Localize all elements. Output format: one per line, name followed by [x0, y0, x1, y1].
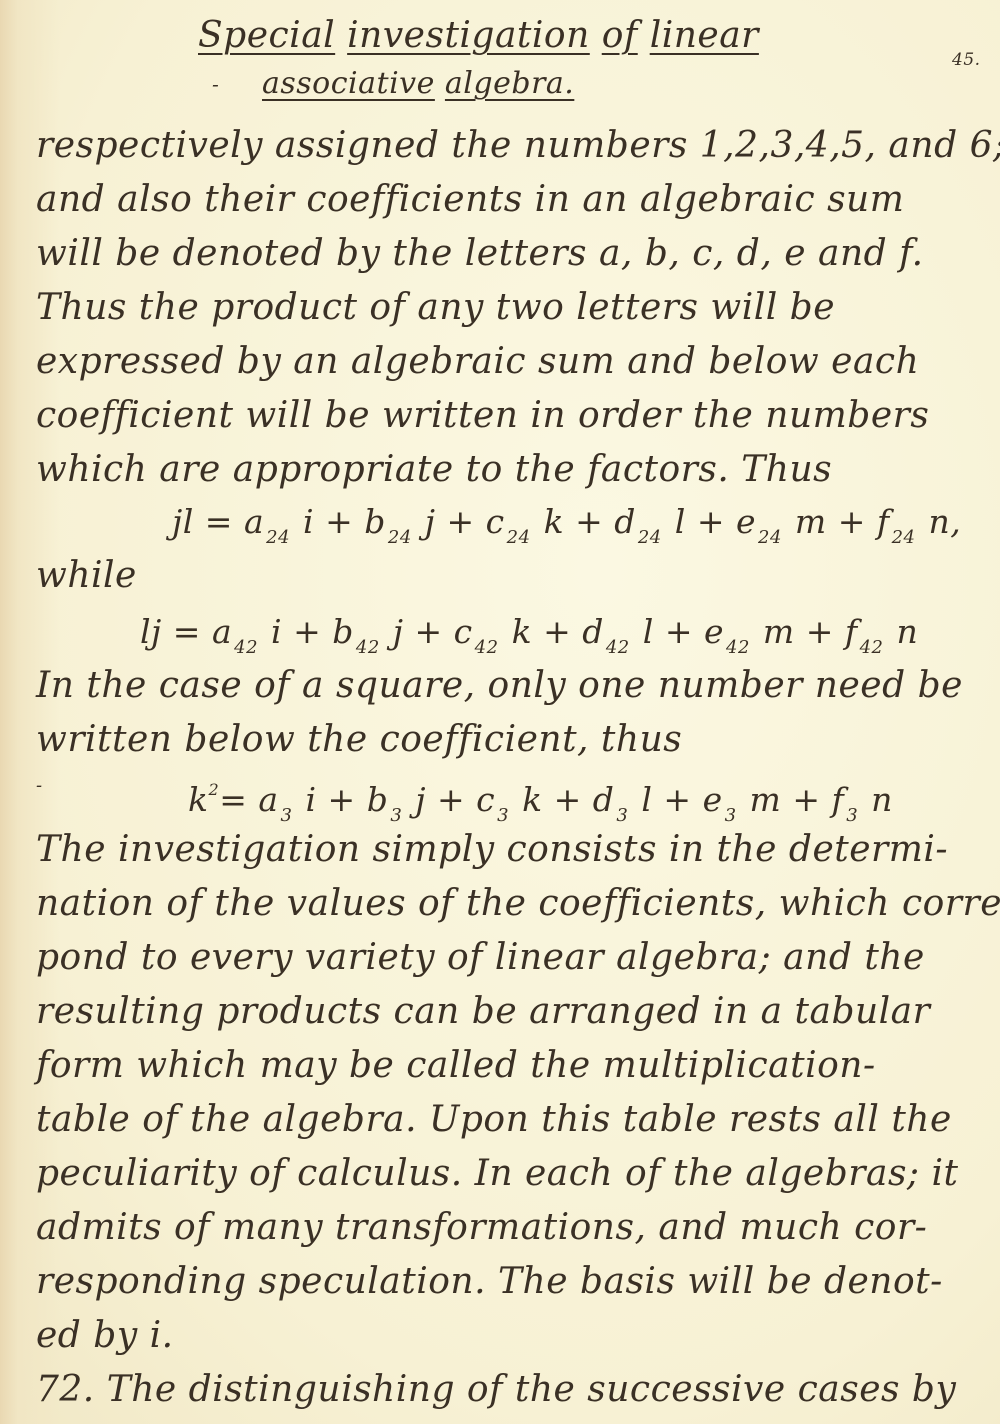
unit: i: [271, 612, 282, 651]
operator: +: [806, 612, 834, 651]
unit: n: [896, 612, 918, 651]
equation-lhs: lj =: [140, 612, 201, 651]
equation-jl: jl = a24 i + b24 j + c24 k + d24 l + e24…: [172, 500, 961, 560]
operator: +: [447, 502, 475, 541]
operator: +: [293, 612, 321, 651]
body-line: peculiarity of calculus. In each of the …: [36, 1150, 958, 1198]
subscript: 3: [281, 805, 293, 826]
body-line: expressed by an algebraic sum and below …: [36, 338, 919, 386]
unit: l: [641, 780, 652, 819]
body-line: admits of many transformations, and much…: [36, 1204, 927, 1252]
subscript: 3: [497, 805, 509, 826]
unit: n: [871, 780, 893, 819]
unit: m: [763, 612, 795, 651]
coef: b: [332, 612, 354, 651]
body-line: table of the algebra. Upon this table re…: [36, 1096, 952, 1144]
unit: j: [415, 780, 426, 819]
body-line: form which may be called the multiplicat…: [36, 1042, 876, 1090]
body-line: responding speculation. The basis will b…: [36, 1258, 943, 1306]
body-line: pond to every variety of linear algebra;…: [36, 934, 925, 982]
title-word: Special: [198, 15, 335, 56]
unit: m: [750, 780, 782, 819]
equation-lj: lj = a42 i + b42 j + c42 k + d42 l + e42…: [140, 610, 918, 670]
subscript: 3: [616, 805, 628, 826]
subscript: 42: [726, 637, 750, 658]
subscript: 42: [606, 637, 630, 658]
coef: e: [736, 502, 756, 541]
body-line: Thus the product of any two letters will…: [36, 284, 835, 332]
body-line: coefficient will be written in order the…: [36, 392, 929, 440]
operator: +: [325, 502, 353, 541]
subscript: 24: [638, 527, 662, 548]
unit: l: [675, 502, 686, 541]
body-line: while: [36, 552, 137, 600]
operator: +: [554, 780, 582, 819]
unit: k: [522, 780, 543, 819]
operator: +: [792, 780, 820, 819]
coef: c: [476, 780, 495, 819]
title-word: investigation: [347, 15, 590, 56]
operator: +: [543, 612, 571, 651]
body-line: ed by i.: [36, 1312, 174, 1360]
subscript: 24: [266, 527, 290, 548]
coef: f: [845, 612, 858, 651]
subscript: 42: [860, 637, 884, 658]
operator: +: [415, 612, 443, 651]
body-line: The investigation simply consists in the…: [36, 826, 948, 874]
title-word: associative: [262, 66, 435, 101]
coef: f: [877, 502, 890, 541]
subscript: 3: [725, 805, 737, 826]
operator: +: [575, 502, 603, 541]
page-title-line-2: associative algebra.: [262, 66, 574, 102]
unit: n,: [928, 502, 961, 541]
unit: j: [393, 612, 404, 651]
coef: d: [593, 780, 615, 819]
coef: b: [367, 780, 389, 819]
body-line: resulting products can be arranged in a …: [36, 988, 930, 1036]
subscript: 24: [388, 527, 412, 548]
coef: e: [704, 612, 724, 651]
subscript: 3: [846, 805, 858, 826]
body-line: In the case of a square, only one number…: [36, 662, 963, 710]
operator: +: [437, 780, 465, 819]
body-line: and also their coefficients in an algebr…: [36, 176, 904, 224]
operator: +: [665, 612, 693, 651]
operator: +: [838, 502, 866, 541]
unit: k: [512, 612, 533, 651]
operator: +: [697, 502, 725, 541]
title-word: algebra.: [445, 66, 574, 101]
title-word: of: [602, 15, 638, 56]
unit: m: [795, 502, 827, 541]
unit: l: [643, 612, 654, 651]
body-line: respectively assigned the numbers 1,2,3,…: [36, 122, 1000, 170]
subscript: 24: [892, 527, 916, 548]
coef: e: [703, 780, 723, 819]
coef: a: [258, 780, 278, 819]
unit: i: [303, 502, 314, 541]
operator: +: [328, 780, 356, 819]
margin-tick: -: [36, 775, 43, 796]
equation-lhs: k: [188, 780, 209, 819]
unit: j: [425, 502, 436, 541]
coef: f: [832, 780, 845, 819]
subscript: 42: [356, 637, 380, 658]
coef: d: [582, 612, 604, 651]
subscript: 3: [390, 805, 402, 826]
body-line: nation of the values of the coefficients…: [36, 880, 1000, 928]
body-line: written below the coefficient, thus: [36, 716, 682, 764]
page-number: 45.: [952, 50, 981, 70]
body-line: which are appropriate to the factors. Th…: [36, 446, 832, 494]
subscript: 24: [507, 527, 531, 548]
coef: c: [486, 502, 505, 541]
page-title-line-1: Special investigation of linear: [198, 14, 759, 58]
coef: a: [212, 612, 232, 651]
coef: c: [454, 612, 473, 651]
coef: b: [364, 502, 386, 541]
section-72-line: 72. The distinguishing of the successive…: [36, 1366, 956, 1414]
manuscript-page: Special investigation of linear - associ…: [0, 0, 1000, 1424]
title-word: linear: [650, 15, 759, 56]
equals-sign: =: [219, 780, 247, 819]
body-line: will be denoted by the letters a, b, c, …: [36, 230, 924, 278]
subscript: 24: [758, 527, 782, 548]
superscript: 2: [209, 780, 220, 799]
coef: a: [244, 502, 264, 541]
margin-dash: -: [212, 72, 219, 96]
operator: +: [663, 780, 691, 819]
unit: k: [544, 502, 565, 541]
equation-lhs: jl =: [172, 502, 233, 541]
unit: i: [305, 780, 316, 819]
subscript: 42: [234, 637, 258, 658]
subscript: 42: [475, 637, 499, 658]
coef: d: [614, 502, 636, 541]
